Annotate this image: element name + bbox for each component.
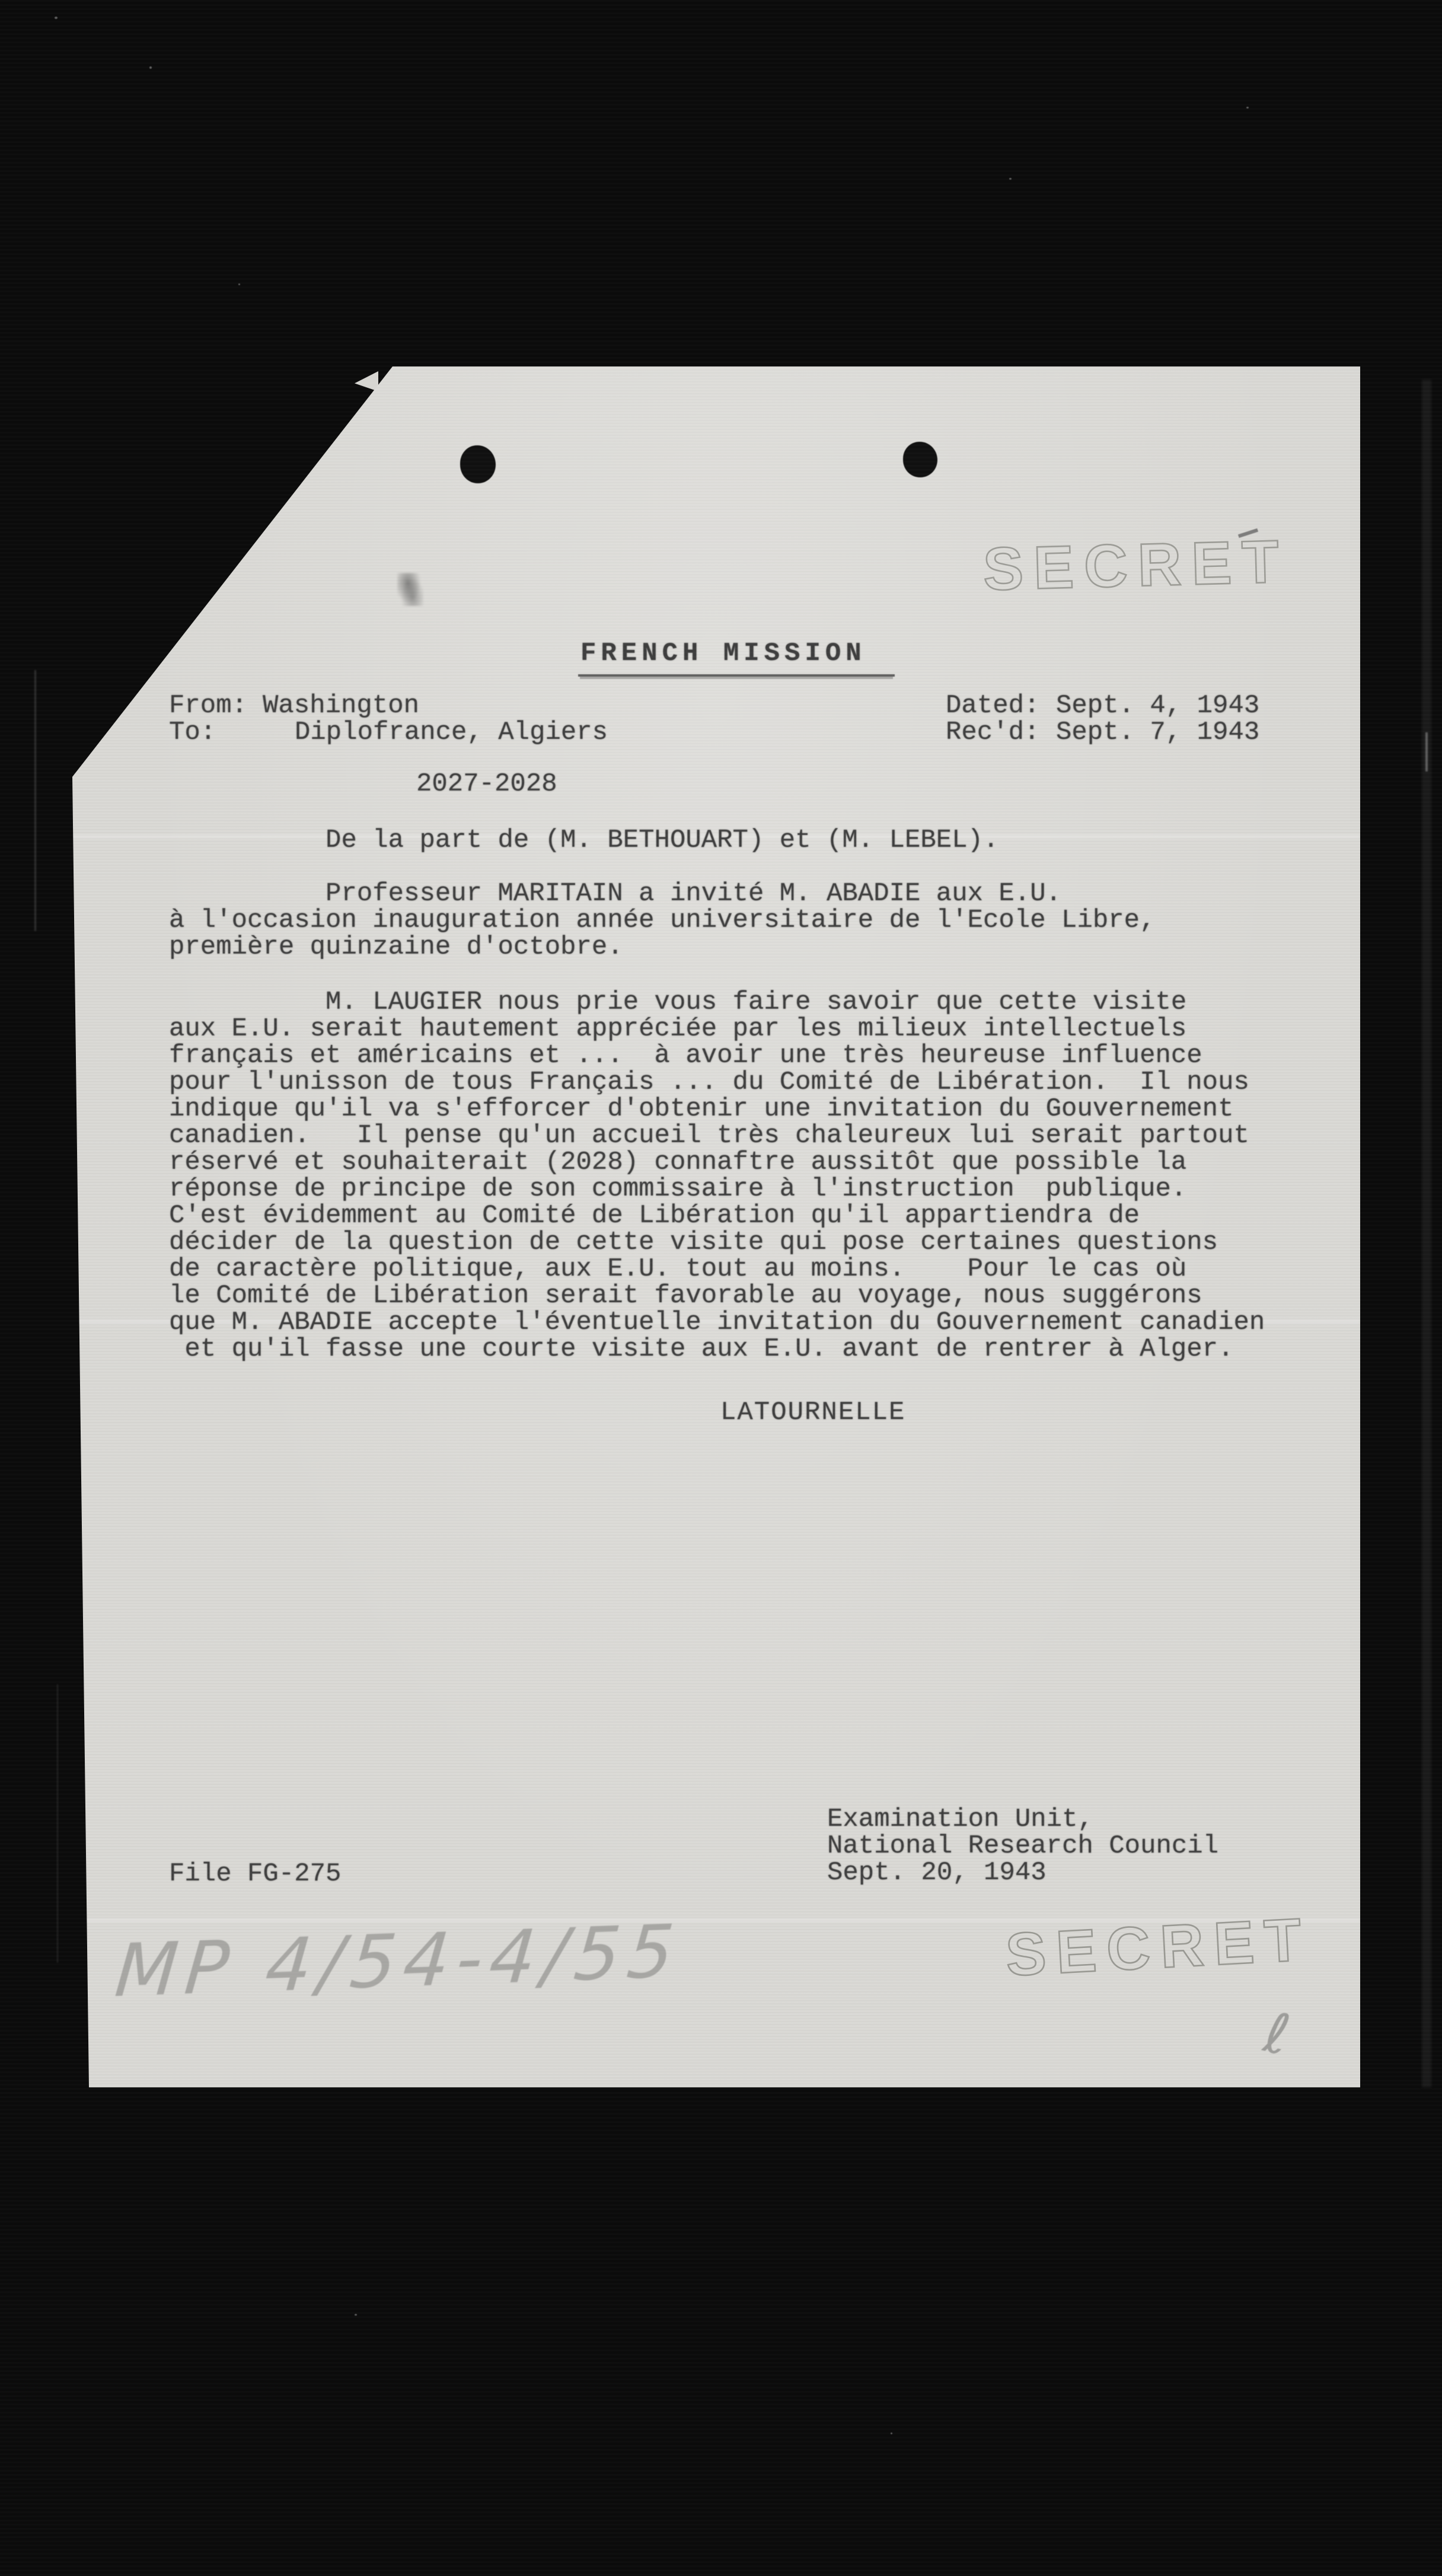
typed-line: Professeur MARITAIN a invité M. ABADIE a… <box>169 881 1155 907</box>
microfilm-scan: SECRET SECRET FRENCH MISSION From:Washin… <box>0 0 1442 2576</box>
from-label: From: <box>169 693 263 719</box>
handwritten-note-text: MP 4/54-4/55 <box>112 1909 684 2013</box>
salutation: De la part de (M. BETHOUART) et (M. LEBE… <box>169 827 998 854</box>
dust-speck <box>891 2432 892 2434</box>
examination-unit-block: Examination Unit, National Research Coun… <box>827 1806 1218 1886</box>
typed-line: canadien. Il pense qu'un accueil très ch… <box>169 1123 1265 1149</box>
recd-value: Sept. 7, 1943 <box>1056 718 1259 747</box>
film-scratch <box>34 670 36 931</box>
typed-line: C'est évidemment au Comité de Libération… <box>169 1203 1265 1229</box>
typed-line: à l'occasion inauguration année universi… <box>169 907 1155 934</box>
from-value: Washington <box>263 691 419 720</box>
recd-label: Rec'd: <box>946 719 1056 746</box>
date-block: Dated:Sept. 4, 1943 Rec'd:Sept. 7, 1943 <box>946 693 1259 746</box>
film-scratch <box>57 1684 58 1963</box>
film-edge-streak <box>1422 380 1431 2087</box>
to-label: To: <box>169 719 263 746</box>
dust-speck <box>149 66 152 69</box>
typed-content: FRENCH MISSION From:Washington To:Diplof… <box>72 366 1360 2087</box>
dust-speck <box>238 283 240 285</box>
to-value: Diplofrance, Algiers <box>295 718 608 747</box>
typed-line: M. LAUGIER nous prie vous faire savoir q… <box>169 989 1265 1016</box>
paragraph-1: Professeur MARITAIN a invité M. ABADIE a… <box>169 881 1155 961</box>
from-row: From:Washington <box>169 693 608 719</box>
origin-block: From:Washington To:Diplofrance, Algiers <box>169 693 608 746</box>
org-line: National Research Council <box>827 1833 1218 1860</box>
typed-line: décider de la question de cette visite q… <box>169 1229 1265 1256</box>
org-line: Examination Unit, <box>827 1806 1218 1833</box>
recd-row: Rec'd:Sept. 7, 1943 <box>946 719 1259 746</box>
typed-line: réservé et souhaiterait (2028) connaftre… <box>169 1149 1265 1176</box>
typed-line: le Comité de Libération serait favorable… <box>169 1283 1265 1309</box>
org-line: Sept. 20, 1943 <box>827 1860 1218 1886</box>
typed-line: français et américains et ... à avoir un… <box>169 1042 1265 1069</box>
dust-speck <box>1009 178 1012 180</box>
file-reference: File FG-275 <box>169 1861 341 1888</box>
typed-line: aux E.U. serait hautement appréciée par … <box>169 1016 1265 1042</box>
typed-line: réponse de principe de son commissaire à… <box>169 1176 1265 1203</box>
typed-line: première quinzaine d'octobre. <box>169 934 1155 961</box>
dust-speck <box>55 17 58 19</box>
document-title: FRENCH MISSION <box>578 640 895 677</box>
document-page: SECRET SECRET FRENCH MISSION From:Washin… <box>72 366 1360 2087</box>
dated-value: Sept. 4, 1943 <box>1056 691 1259 720</box>
dated-label: Dated: <box>946 693 1056 719</box>
folded-corner-tip <box>355 371 378 391</box>
typed-line: et qu'il fasse une courte visite aux E.U… <box>169 1336 1265 1363</box>
film-edge-scratch <box>1425 732 1428 771</box>
typed-line: que M. ABADIE accepte l'éventuelle invit… <box>169 1309 1265 1336</box>
typed-line: pour l'unisson de tous Français ... du C… <box>169 1069 1265 1096</box>
dated-row: Dated:Sept. 4, 1943 <box>946 693 1259 719</box>
typed-line: indique qu'il va s'efforcer d'obtenir un… <box>169 1096 1265 1123</box>
dust-speck <box>355 2314 357 2316</box>
handwritten-note: MP 4/54-4/55 <box>101 1885 741 2044</box>
telegram-serial: 2027-2028 <box>416 771 557 798</box>
to-row: To:Diplofrance, Algiers <box>169 719 608 746</box>
dust-speck <box>1246 107 1249 109</box>
typed-line: de caractère politique, aux E.U. tout au… <box>169 1256 1265 1283</box>
paragraph-2: M. LAUGIER nous prie vous faire savoir q… <box>169 989 1265 1363</box>
signature: LATOURNELLE <box>720 1399 905 1426</box>
